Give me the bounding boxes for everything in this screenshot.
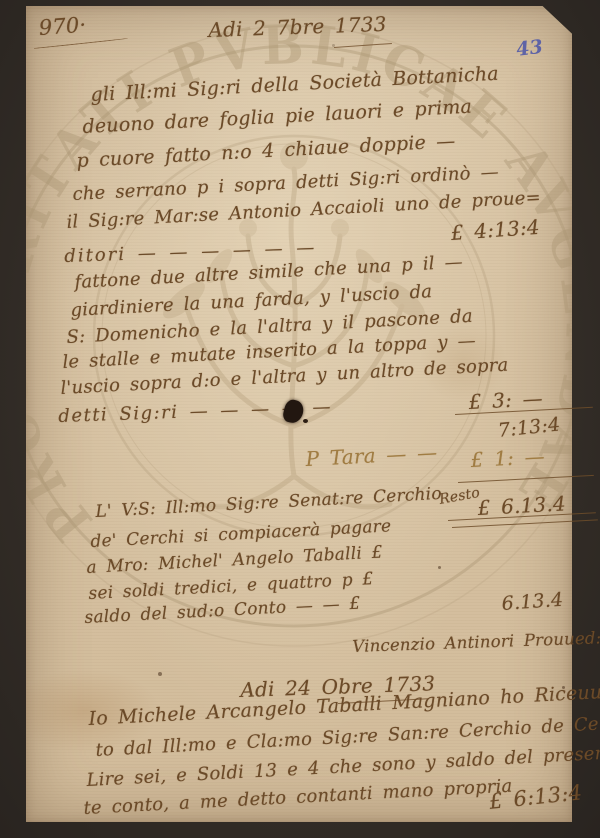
photo-background: { "watermark": { "circular_text": "PROSP… <box>0 0 600 838</box>
ink-blot-satellite <box>303 419 308 423</box>
archival-number: 43 <box>515 36 544 61</box>
paper-speck <box>158 672 162 676</box>
paper-speck <box>438 566 441 569</box>
amount-tara: £ 1: — <box>470 444 545 472</box>
amount-saldo: 6.13.4 <box>501 589 564 615</box>
folio-number: 970· <box>38 13 87 40</box>
